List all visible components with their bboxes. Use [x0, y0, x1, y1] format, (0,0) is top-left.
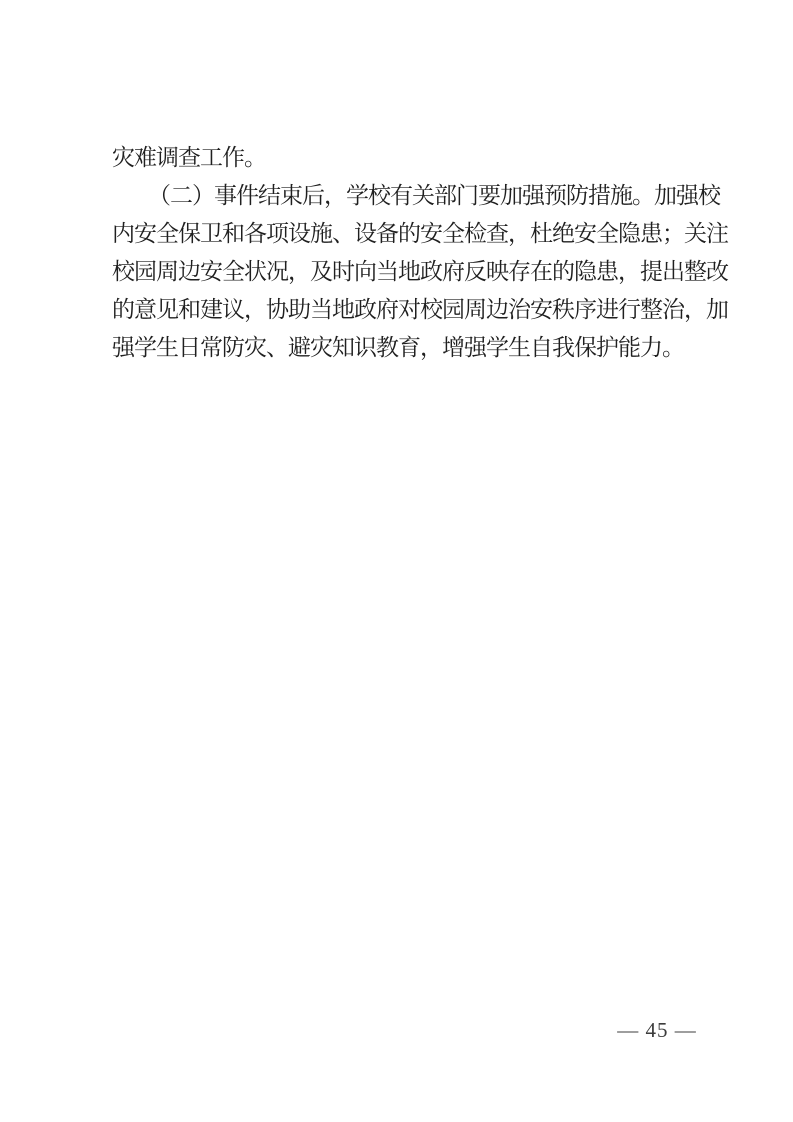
paragraph-line: 强学生日常防灾、避灾知识教育，增强学生自我保护能力。 — [112, 329, 734, 367]
paragraph-line: 灾难调查工作。 — [112, 139, 734, 177]
body-text: 灾难调查工作。 （二）事件结束后，学校有关部门要加强预防措施。加强校 内安全保卫… — [112, 139, 734, 367]
paragraph-line: （二）事件结束后，学校有关部门要加强预防措施。加强校 — [112, 177, 734, 215]
document-page: 灾难调查工作。 （二）事件结束后，学校有关部门要加强预防措施。加强校 内安全保卫… — [0, 0, 793, 1122]
page-number: — 45 — — [612, 1018, 702, 1043]
paragraph-line: 内安全保卫和各项设施、设备的安全检查，杜绝安全隐患；关注 — [112, 215, 734, 253]
paragraph-line: 的意见和建议，协助当地政府对校园周边治安秩序进行整治，加 — [112, 291, 734, 329]
paragraph-line: 校园周边安全状况，及时向当地政府反映存在的隐患，提出整改 — [112, 253, 734, 291]
